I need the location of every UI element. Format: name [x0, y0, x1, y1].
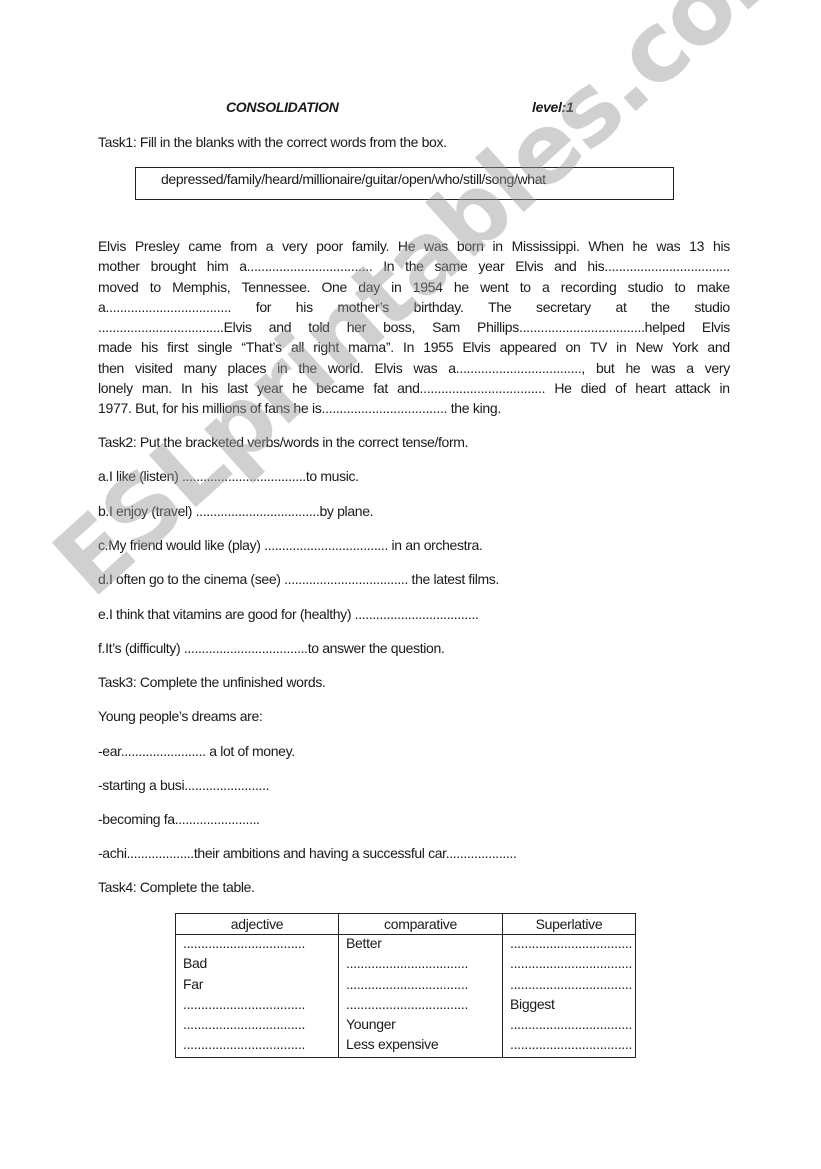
- word-box-text: depressed/family/heard/millionaire/guita…: [161, 171, 546, 187]
- task2-instruction: Task2: Put the bracketed verbs/words in …: [98, 434, 468, 450]
- task2-item-b: b.I enjoy (travel) .....................…: [98, 503, 373, 519]
- table-cell: ..................................: [503, 1016, 636, 1036]
- table-cell: Far: [176, 976, 339, 996]
- column-header-superlative: Superlative: [503, 914, 636, 935]
- task2-item-f: f.It’s (difficulty) ....................…: [98, 640, 444, 656]
- task2-item-a: a.I like (listen) ......................…: [98, 468, 359, 484]
- task1-instruction: Task1: Fill in the blanks with the corre…: [98, 134, 447, 150]
- table-cell: ..................................: [176, 935, 339, 956]
- task1-paragraph: ElvisPresleycamefromaverypoorfamily.Hewa…: [98, 236, 730, 419]
- table-row: .................................. Young…: [176, 1016, 636, 1036]
- table-cell: Biggest: [503, 996, 636, 1016]
- table-cell: ..................................: [339, 955, 503, 975]
- paragraph-line: 1977. But, for his millions of fans he i…: [98, 398, 730, 418]
- table-cell: Less expensive: [339, 1036, 503, 1057]
- table-header-row: adjective comparative Superlative: [176, 914, 636, 935]
- task2-item-d: d.I often go to the cinema (see) .......…: [98, 571, 499, 587]
- table-cell: ..................................: [339, 996, 503, 1016]
- worksheet-title: CONSOLIDATION: [226, 99, 339, 115]
- word-box: depressed/family/heard/millionaire/guita…: [135, 167, 674, 200]
- task4-instruction: Task4: Complete the table.: [98, 879, 255, 895]
- table-cell: ..................................: [503, 976, 636, 996]
- table-cell: ..................................: [503, 955, 636, 975]
- paragraph-line: ...................................Elvis…: [98, 317, 730, 337]
- paragraph-line: madehisfirstsingle“That’sallrightmama”.I…: [98, 337, 730, 357]
- table-row: .................................. Less …: [176, 1036, 636, 1057]
- table-cell: Younger: [339, 1016, 503, 1036]
- paragraph-line: motherbroughthima.......................…: [98, 256, 730, 276]
- table-cell: ..................................: [176, 996, 339, 1016]
- paragraph-line: ElvisPresleycamefromaverypoorfamily.Hewa…: [98, 236, 730, 256]
- task3-item: -becoming fa........................: [98, 811, 260, 827]
- table-row: Far .................................. .…: [176, 976, 636, 996]
- table-row: Bad .................................. .…: [176, 955, 636, 975]
- table-cell: ..................................: [503, 1036, 636, 1057]
- comparison-table: adjective comparative Superlative ......…: [175, 913, 636, 1058]
- paragraph-line: movedtoMemphis,Tennessee.Onedayin1954hew…: [98, 277, 730, 297]
- table-cell: Better: [339, 935, 503, 956]
- worksheet-page: CONSOLIDATION level:1 Task1: Fill in the…: [0, 0, 821, 1169]
- paragraph-line: thenvisitedmanyplacesintheworld.Elviswas…: [98, 358, 730, 378]
- worksheet-level: level:1: [532, 99, 574, 115]
- column-header-adjective: adjective: [176, 914, 339, 935]
- task3-intro: Young people’s dreams are:: [98, 708, 262, 724]
- table-cell: ..................................: [176, 1036, 339, 1057]
- table-cell: ..................................: [339, 976, 503, 996]
- table-cell: ..................................: [503, 935, 636, 956]
- table-row: .................................. Bette…: [176, 935, 636, 956]
- paragraph-line: lonelyman.Inhislastyearhebecamefatand...…: [98, 378, 730, 398]
- task3-item: -starting a busi........................: [98, 777, 269, 793]
- table-row: .................................. .....…: [176, 996, 636, 1016]
- table-cell: ..................................: [176, 1016, 339, 1036]
- table-cell: Bad: [176, 955, 339, 975]
- task3-item: -achi...................their ambitions …: [98, 845, 517, 861]
- paragraph-line: a...................................forh…: [98, 297, 730, 317]
- header: CONSOLIDATION level:1: [0, 99, 821, 119]
- task2-item-e: e.I think that vitamins are good for (he…: [98, 606, 479, 622]
- task2-item-c: c.My friend would like (play) ..........…: [98, 537, 482, 553]
- task3-instruction: Task3: Complete the unfinished words.: [98, 674, 326, 690]
- column-header-comparative: comparative: [339, 914, 503, 935]
- task3-item: -ear........................ a lot of mo…: [98, 743, 295, 759]
